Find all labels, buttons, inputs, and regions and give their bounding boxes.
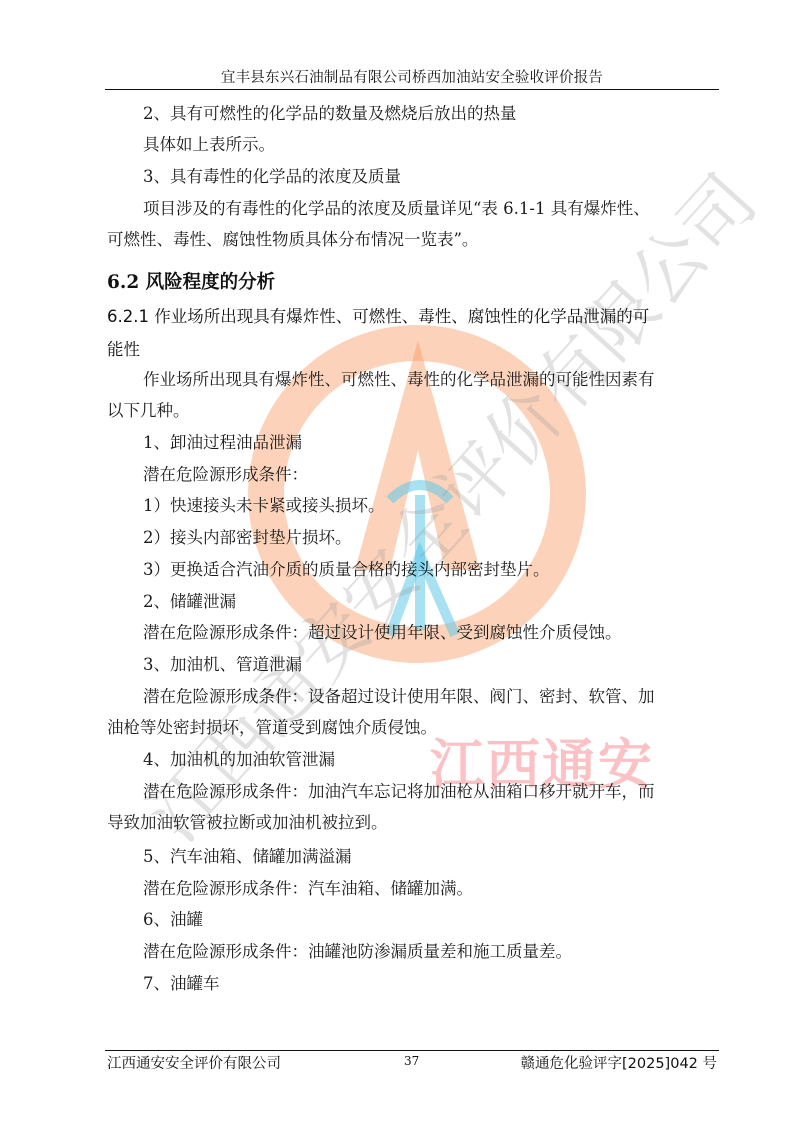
factor5-condition: 潜在危险源形成条件：汽车油箱、储罐加满。 bbox=[143, 879, 473, 899]
factor4-title: 4、加油机的加油软管泄漏 bbox=[143, 750, 335, 770]
factor3-condition-line2: 油枪等处密封损坏，管道受到腐蚀介质侵蚀。 bbox=[107, 718, 437, 738]
factor1-subitem-2: 2）接头内部密封垫片损坏。 bbox=[143, 528, 352, 548]
factor1-condition-label: 潜在危险源形成条件： bbox=[143, 465, 308, 485]
document-body: 2、具有可燃性的化学品的数量及燃烧后放出的热量 具体如上表所示。 3、具有毒性的… bbox=[0, 0, 793, 1122]
factor1-subitem-3: 3）更换适合汽油介质的质量合格的接头内部密封垫片。 bbox=[143, 560, 550, 580]
item2-text: 具体如上表所示。 bbox=[143, 135, 275, 155]
item3-text-line2: 可燃性、毒性、腐蚀性物质具体分布情况一览表”。 bbox=[107, 230, 478, 250]
factor6-title: 6、油罐 bbox=[143, 910, 203, 930]
footer-company: 江西通安安全评价有限公司 bbox=[107, 1052, 281, 1073]
factor2-condition: 潜在危险源形成条件：超过设计使用年限、受到腐蚀性介质侵蚀。 bbox=[143, 623, 622, 643]
footer-doc-number: 赣通危化验评字[2025]042 号 bbox=[521, 1052, 718, 1073]
factor1-title: 1、卸油过程油品泄漏 bbox=[143, 433, 302, 453]
section-heading-6-2: 6.2 风险程度的分析 bbox=[107, 268, 275, 294]
item3-heading: 3、具有毒性的化学品的浓度及质量 bbox=[143, 167, 401, 187]
intro-line1: 作业场所出现具有爆炸性、可燃性、毒性的化学品泄漏的可能性因素有 bbox=[143, 370, 655, 390]
item3-text-line1: 项目涉及的有毒性的化学品的浓度及质量详见“表 6.1-1 具有爆炸性、 bbox=[143, 199, 650, 219]
factor6-condition: 潜在危险源形成条件：油罐池防渗漏质量差和施工质量差。 bbox=[143, 942, 572, 962]
factor1-subitem-1: 1）快速接头未卡紧或接头损坏。 bbox=[143, 496, 385, 516]
section-heading-6-2-1-line1: 6.2.1 作业场所出现具有爆炸性、可燃性、毒性、腐蚀性的化学品泄漏的可 bbox=[107, 303, 649, 327]
intro-line2: 以下几种。 bbox=[107, 401, 190, 421]
item2-heading: 2、具有可燃性的化学品的数量及燃烧后放出的热量 bbox=[143, 104, 517, 124]
factor5-title: 5、汽车油箱、储罐加满溢漏 bbox=[143, 847, 352, 867]
factor3-condition-line1: 潜在危险源形成条件：设备超过设计使用年限、阀门、密封、软管、加 bbox=[143, 687, 655, 707]
factor4-condition-line1: 潜在危险源形成条件：加油汽车忘记将加油枪从油箱口移开就开车，而 bbox=[143, 782, 655, 802]
factor3-title: 3、加油机、管道泄漏 bbox=[143, 655, 302, 675]
document-page: 江西通安安全评价有限公司 江西通安 宜丰县东兴石油制品有限公司桥西加油站安全验收… bbox=[0, 0, 793, 1122]
factor4-condition-line2: 导致加油软管被拉断或加油机被拉到。 bbox=[107, 813, 388, 833]
footer-divider bbox=[105, 1050, 719, 1051]
factor2-title: 2、储罐泄漏 bbox=[143, 592, 236, 612]
page-number: 37 bbox=[404, 1054, 419, 1068]
factor7-title: 7、油罐车 bbox=[143, 974, 220, 994]
section-heading-6-2-1-line2: 能性 bbox=[107, 336, 140, 360]
